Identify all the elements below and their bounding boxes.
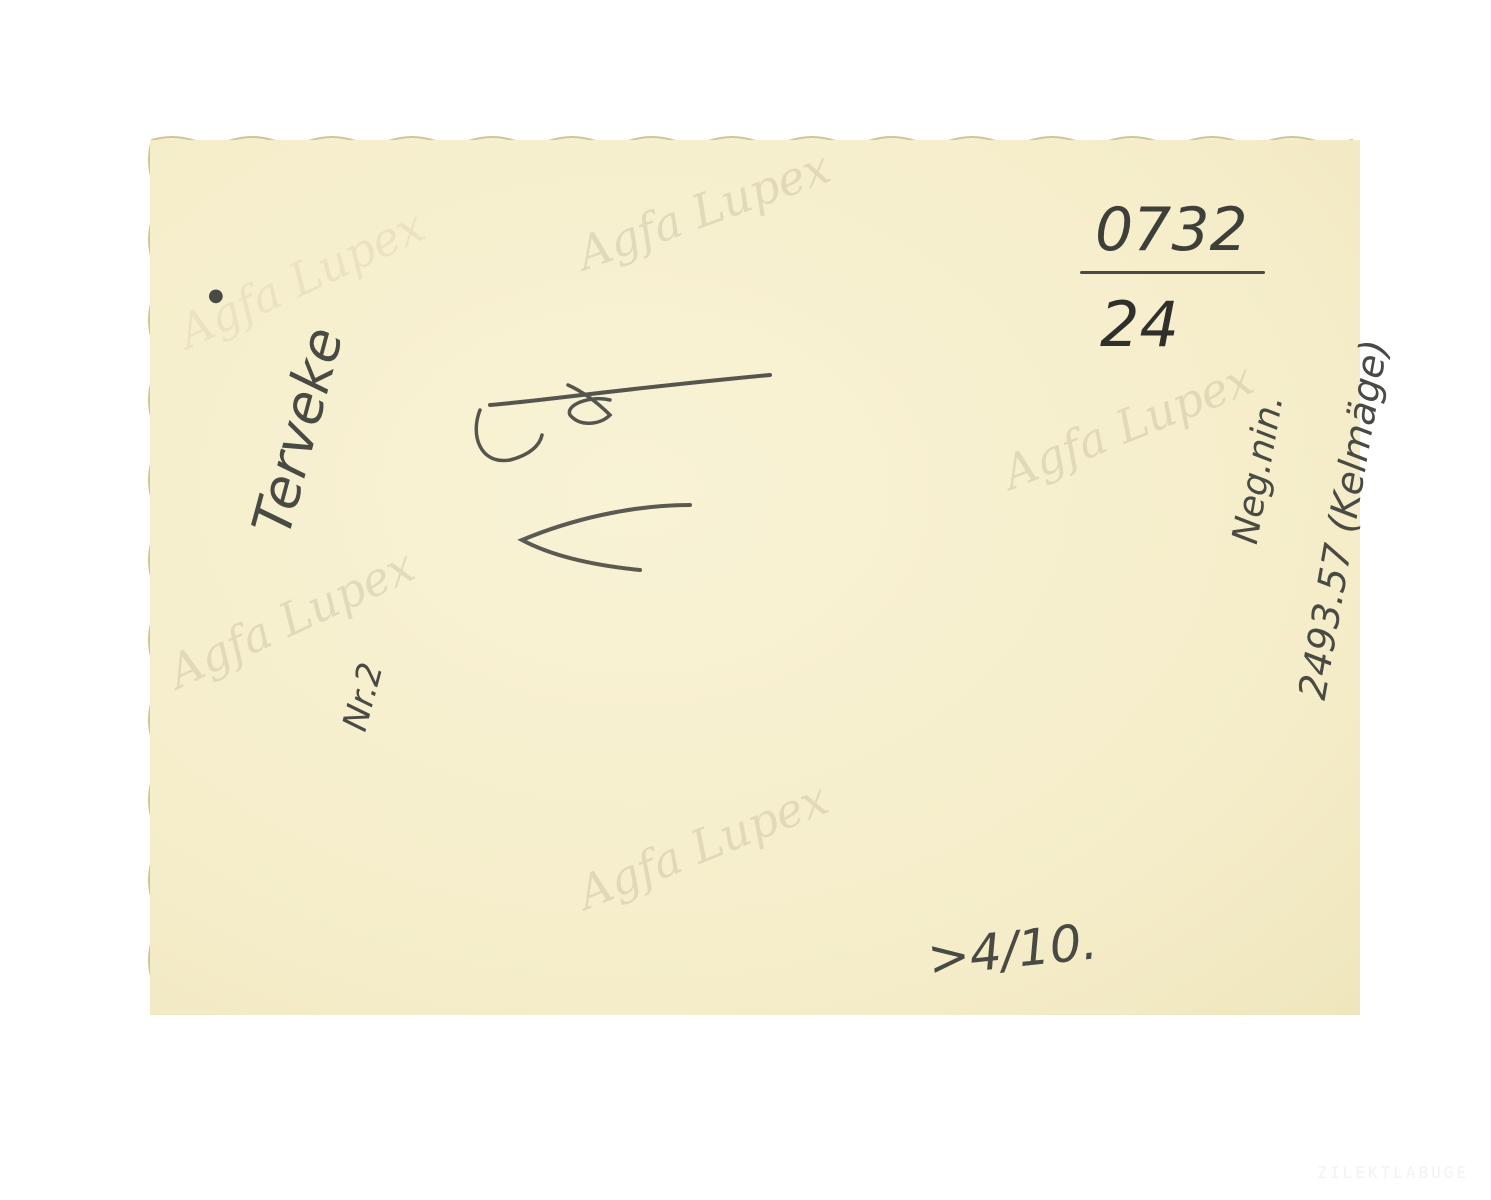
- inventory-number: 0732: [1095, 195, 1248, 265]
- sketch-mark: [470, 355, 790, 585]
- fraction-line: [1080, 271, 1265, 274]
- dot-mark: ●: [208, 285, 224, 306]
- agfa-lupex-watermark: Agfa Lupex: [570, 771, 835, 920]
- corner-watermark: ZILEKTLABUGE: [1317, 1163, 1469, 1182]
- agfa-lupex-watermark: Agfa Lupex: [570, 140, 837, 281]
- right-note-line2: 2493.57 (Kelmäge): [1290, 336, 1397, 702]
- bottom-note: >4/10.: [925, 912, 1100, 987]
- agfa-lupex-watermark: Agfa Lupex: [995, 351, 1260, 500]
- inventory-sub-number: 24: [1100, 288, 1179, 361]
- place-name: Terveke: [240, 321, 356, 542]
- photo-back-card: Agfa Lupex Agfa Lupex Agfa Lupex Agfa Lu…: [150, 140, 1360, 1015]
- right-note-line1: Neg.nin.: [1225, 392, 1292, 547]
- item-number: Nr.2: [335, 659, 391, 736]
